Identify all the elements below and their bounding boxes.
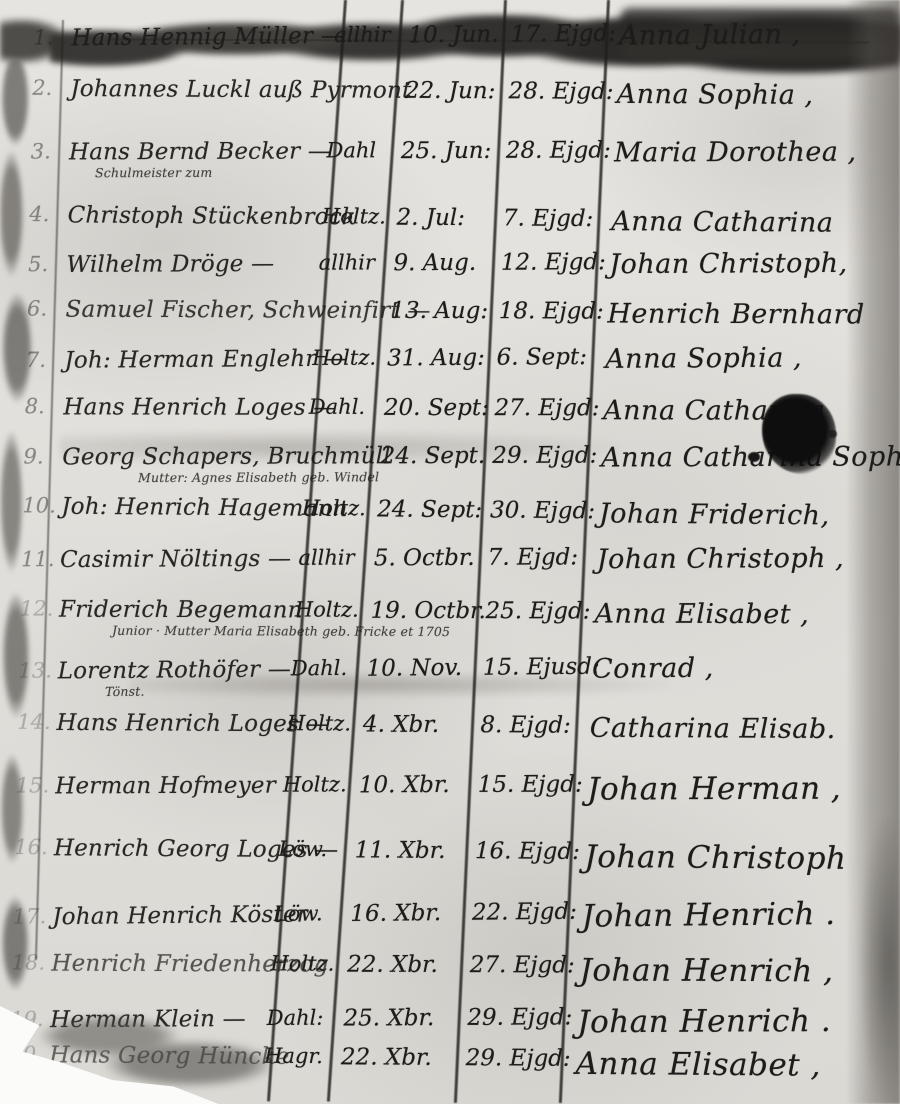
marginal-note: Schulmeister zum	[95, 165, 212, 180]
entry-number: 19.	[10, 1007, 44, 1031]
second-date: 7. Ejgd:	[488, 544, 579, 570]
second-date: 15. Ejusd:	[483, 654, 600, 681]
entry-number: 14.	[17, 710, 51, 734]
child-name: Johan Christoph,	[609, 248, 848, 280]
entry-number: 3.	[31, 139, 51, 163]
second-date: 29. Ejgd:	[466, 1045, 571, 1072]
place-name: Holtz.	[295, 597, 359, 621]
second-date: 7. Ejgd:	[503, 205, 594, 232]
register-row: 5.Wilhelm Dröge —allhir9. Aug.12. Ejgd:J…	[0, 248, 900, 303]
entry-number: 6.	[27, 297, 47, 321]
child-name: Catharina Elisab.	[590, 713, 836, 745]
first-date: 9. Aug.	[393, 250, 476, 276]
parent-name: Casimir Nöltings —	[60, 546, 291, 573]
parent-name: Herman Hofmeyer	[55, 773, 276, 800]
marginal-note: Mutter: Agnes Elisabeth geb. Windel	[138, 469, 379, 485]
child-name: Johan Friderich,	[599, 498, 830, 531]
register-row: 16.Henrich Georg Loges —Löw.11. Xbr.16. …	[0, 835, 900, 891]
child-name: Conrad ,	[592, 653, 714, 685]
second-date: 22. Ejgd:	[472, 899, 577, 926]
second-date: 8. Ejgd:	[480, 712, 571, 738]
marginal-note: Tönst.	[105, 684, 145, 699]
entry-number: 5.	[28, 252, 48, 276]
parent-name: Wilhelm Dröge —	[66, 251, 274, 278]
register-row: 12.Friderich BegemannHoltz.19. Octbr.25.…	[0, 596, 900, 649]
first-date: 10. Nov.	[366, 655, 462, 682]
second-date: 15. Ejgd:	[478, 772, 583, 798]
parent-name: Joh: Herman Englehr —	[64, 346, 347, 374]
register-row: 3.Hans Bernd Becker —Dahl25. Jun:28. Ejg…	[0, 136, 900, 189]
place-name: Hagr.	[264, 1044, 323, 1068]
register-row: 17.Johan Henrich KösterLöw.16. Xbr.22. E…	[0, 895, 900, 954]
entry-number: 10.	[22, 493, 56, 517]
register-row: 6.Samuel Fischer, Schweinfirt —13. Aug:1…	[0, 296, 900, 349]
first-date: 2. Jul:	[396, 205, 465, 231]
second-date: 28. Ejgd:	[509, 78, 614, 105]
place-name: Löw.	[274, 901, 323, 926]
entry-number: 11.	[21, 547, 55, 571]
child-name: Anna Elisabet ,	[595, 599, 810, 631]
place-name: allhir	[319, 250, 375, 274]
second-date: 30. Ejgd:	[490, 497, 595, 524]
second-date: 18. Ejgd:	[499, 298, 604, 324]
child-name: Maria Dorothea ,	[614, 137, 857, 169]
second-date: 6. Sept:	[497, 344, 588, 371]
second-date: 28. Ejgd:	[506, 137, 611, 163]
first-date: 25. Xbr.	[343, 1005, 434, 1031]
entry-number: 1.	[33, 25, 53, 49]
first-date: 4. Xbr.	[363, 712, 439, 738]
parent-name: Hans Hennig Müller —	[71, 23, 344, 51]
child-name: Johan Henrich ,	[579, 952, 833, 989]
place-name: Dahl:	[267, 1006, 324, 1030]
place-name: Holtz.	[283, 772, 347, 796]
place-name: Holtz.	[312, 346, 376, 370]
place-name: allhir	[334, 23, 390, 47]
parent-name: Hans Bernd Becker —	[69, 138, 331, 165]
second-date: 29. Ejgd:	[467, 1004, 572, 1031]
child-name: Johan Christoph	[584, 839, 846, 877]
place-name: Holtz.	[287, 711, 351, 735]
first-date: 16. Xbr.	[350, 900, 441, 927]
parent-name: Hans Georg Hüncke	[49, 1042, 289, 1070]
first-date: 11. Xbr.	[355, 837, 446, 864]
register-row: 1.Hans Hennig Müller —allhir10. Jun.17. …	[0, 18, 900, 76]
register-row: 9.Georg Schapers, Bruchmüll24. Sept.29. …	[0, 441, 900, 494]
second-date: 27. Ejgd:	[470, 952, 575, 978]
parent-name: Johan Henrich Köster	[52, 901, 308, 930]
child-name: Anna Elisabet ,	[575, 1046, 821, 1084]
child-name: Johan Christoph ,	[597, 543, 845, 575]
second-date: 16. Ejgd:	[475, 838, 580, 865]
entry-number: 15.	[16, 773, 49, 797]
place-name: Holtz.	[270, 951, 334, 975]
child-name: Anna Catharina	[603, 395, 825, 426]
register-row: 2.Johannes Luckl auß Pyrmont22. Jun:28. …	[0, 76, 900, 131]
second-date: 12. Ejgd:	[501, 249, 606, 276]
register-row: 18.Henrich FriedenherzogHoltz.22. Xbr.27…	[0, 950, 900, 1003]
first-date: 22. Xbr.	[347, 952, 438, 978]
first-date: 25. Jun:	[401, 138, 492, 164]
first-date: 10. Jun.	[408, 22, 498, 49]
entry-number: 16.	[14, 835, 48, 859]
place-name: Dahl	[326, 138, 376, 162]
place-name: Holtz.	[302, 496, 366, 521]
parent-name: Christoph Stückenbrock	[68, 202, 357, 230]
register-page: 1.Hans Hennig Müller —allhir10. Jun.17. …	[0, 0, 900, 1104]
entry-number: 8.	[25, 394, 45, 418]
first-date: 19. Octbr.	[370, 598, 485, 624]
place-name: Holtz.	[322, 204, 386, 228]
first-date: 5. Octbr.	[374, 545, 475, 572]
place-name: Dahl.	[309, 395, 365, 419]
entry-number: 7.	[26, 348, 46, 372]
second-date: 25. Ejgd:	[485, 598, 590, 624]
first-date: 31. Aug:	[387, 345, 485, 372]
entry-number: 18.	[12, 950, 45, 974]
second-date: 17. Ejgd:	[511, 21, 616, 48]
register-row: 20.Hans Georg HünckeHagr.22. Xbr.29. Ejg…	[0, 1042, 900, 1098]
first-date: 20. Sept:	[384, 395, 489, 421]
parent-name: Friderich Begemann	[59, 597, 303, 624]
parent-name: Samuel Fischer, Schweinfirt —	[66, 297, 431, 324]
parent-name: Georg Schapers, Bruchmüll	[62, 443, 391, 470]
place-name: Dahl.	[291, 656, 347, 680]
marginal-note: Junior · Mutter Maria Elisabeth geb. Fri…	[112, 623, 450, 639]
second-date: 29. Ejgd:	[492, 442, 597, 468]
register-row: 7.Joh: Herman Englehr —Holtz.31. Aug:6. …	[0, 342, 900, 398]
child-name: Johan Herman ,	[587, 771, 841, 808]
first-date: 13. Aug:	[390, 298, 488, 324]
register-row: 13.Lorentz Rothöfer —Dahl.10. Nov.15. Ej…	[0, 651, 900, 709]
parent-name: Lorentz Rothöfer —	[58, 656, 292, 684]
register-row: 10.Joh: Henrich HagemannHoltz.24. Sept:3…	[0, 493, 900, 551]
first-date: 24. Sept:	[377, 496, 482, 523]
child-name: Anna Julian ,	[619, 19, 801, 52]
first-date: 22. Xbr.	[341, 1044, 432, 1071]
child-name: Anna Sophia ,	[605, 343, 802, 375]
first-date: 22. Jun:	[405, 78, 496, 104]
register-row: 14.Hans Henrich Loges —Holtz.4. Xbr.8. E…	[0, 710, 900, 765]
register-row: 15.Herman HofmeyerHoltz.10. Xbr.15. Ejgd…	[0, 770, 900, 823]
second-date: 27. Ejgd:	[494, 395, 599, 421]
parent-name: Johannes Luckl auß Pyrmont	[70, 76, 411, 104]
entry-number: 2.	[32, 76, 52, 100]
register-row: 11.Casimir Nöltings —allhir5. Octbr.7. E…	[0, 543, 900, 598]
parent-name: Hans Henrich Loges —	[63, 394, 336, 420]
place-name: allhir	[298, 545, 354, 569]
child-name: Anna Sophia ,	[617, 79, 814, 111]
first-date: 24. Sept.	[381, 443, 486, 469]
register-row: 8.Hans Henrich Loges —Dahl.20. Sept:27. …	[0, 394, 900, 446]
child-name: Henrich Bernhard	[607, 299, 864, 331]
place-name: Löw.	[278, 837, 327, 861]
entry-number: 13.	[18, 658, 52, 682]
entry-number: 17.	[13, 904, 47, 928]
entry-number: 9.	[23, 444, 43, 468]
parent-name: Herman Klein —	[50, 1006, 246, 1033]
entry-number: 20.	[9, 1042, 43, 1066]
child-name: Johan Henrich .	[581, 896, 835, 935]
child-name: Anna Catharina	[611, 206, 833, 239]
child-name: Johan Henrich .	[577, 1003, 831, 1040]
entry-number: 12.	[20, 596, 53, 620]
first-date: 10. Xbr.	[359, 772, 450, 798]
entry-number: 4.	[29, 202, 49, 226]
child-name: Anna Catharina Sophia	[601, 441, 900, 473]
